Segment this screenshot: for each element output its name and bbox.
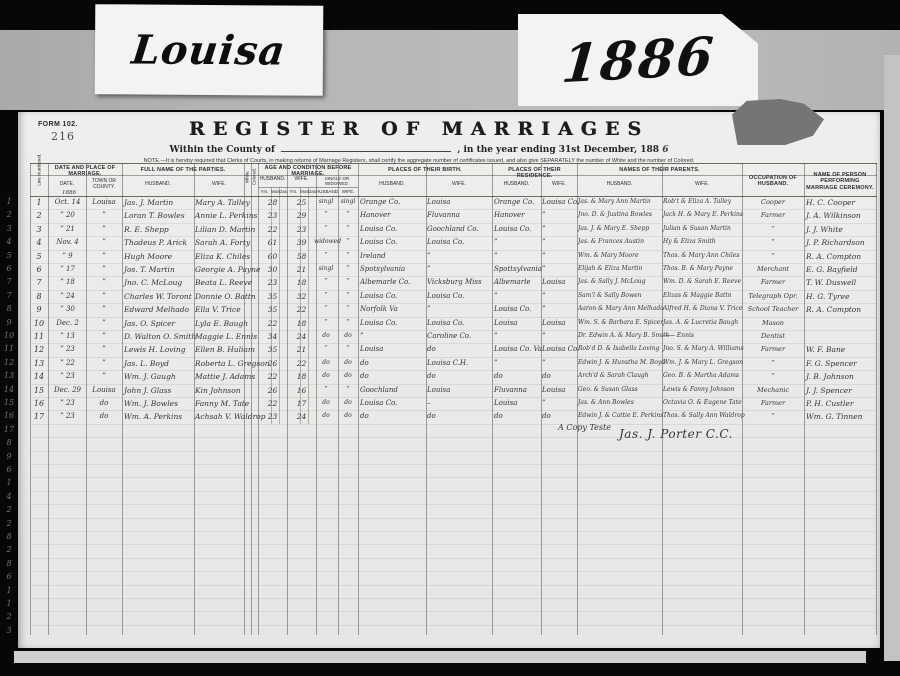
grid-line [30, 250, 877, 251]
cell-cond_w: do [338, 332, 358, 339]
cell-age_h: 22 [258, 319, 287, 328]
cell-date: ” 23 [49, 345, 86, 353]
cell-date: ” 20 [49, 211, 86, 219]
margin-number: 7 [2, 277, 16, 286]
cell-cond_h: ” [314, 386, 338, 393]
margin-number: 1 [2, 478, 16, 487]
cell-wife: Fanny M. Tate [195, 399, 245, 408]
cell-no: 4 [30, 238, 48, 247]
cell-occ: ” [742, 238, 804, 246]
cell-cond_h: singl [314, 198, 338, 205]
cell-birth_w: Louisa Co. [427, 292, 493, 300]
header-wife-name: WIFE. [194, 182, 244, 188]
cell-wife: Ellen B. Huliam [195, 345, 245, 354]
grid-line [30, 464, 877, 465]
cell-res_w: do [542, 372, 578, 380]
cell-cel: R. A. Compton [806, 305, 876, 314]
cell-husband: Jno. C. McLoug [124, 278, 196, 287]
grid-line [30, 611, 877, 612]
cell-res_h: Louisa Co. [494, 225, 543, 233]
cell-date: ” 24 [49, 292, 86, 300]
cell-husband: Thadeus P. Arick [124, 238, 196, 247]
cell-town: ” [86, 345, 122, 353]
cell-res_h: Spottsylvania [494, 265, 543, 273]
grid-line [30, 571, 877, 572]
cell-occ: Telegraph Opr. [742, 292, 804, 300]
cell-par_h: Arch'd & Sarah Claugh [578, 372, 663, 379]
cell-date: Dec. 29 [49, 386, 86, 394]
cell-res_w: ” [542, 238, 578, 246]
cell-cond_w: do [338, 399, 358, 406]
cell-occ: Cooper [742, 198, 804, 206]
cell-age_w: 16 [287, 386, 316, 395]
cell-age_h: 26 [258, 386, 287, 395]
cell-par_h: Jas. & Ann Bowles [578, 399, 663, 406]
cell-town: ” [86, 319, 122, 327]
cell-no: 2 [30, 211, 48, 220]
cell-date: ” 23 [49, 399, 86, 407]
cell-age_w: 24 [287, 332, 316, 341]
cell-birth_h: Louisa Co. [360, 319, 428, 327]
county-blank-line [281, 143, 451, 152]
cell-town: Louisa [86, 198, 122, 206]
cell-no: 1 [30, 198, 48, 207]
cell-no: 14 [30, 372, 48, 381]
grid-line [30, 384, 877, 385]
cell-birth_w: do [427, 372, 493, 380]
cell-age_w: 25 [287, 198, 316, 207]
cell-wife: Annie L. Perkins [195, 211, 245, 220]
cell-no: 13 [30, 359, 48, 368]
scanned-register-screen: { "labels": { "county": "Louisa", "year"… [0, 0, 900, 676]
margin-number: 2 [2, 519, 16, 528]
grid-line [251, 163, 252, 635]
cell-res_h: do [494, 372, 543, 380]
cell-birth_h: Albemarle Co. [360, 278, 428, 286]
grid-line [30, 263, 877, 264]
cell-birth_h: Hanover [360, 211, 428, 219]
cell-cond_h: ” [314, 292, 338, 299]
cell-occ: ” [742, 252, 804, 260]
cell-town: ” [86, 332, 122, 340]
cell-res_w: Louisa [542, 278, 578, 286]
grid-line [30, 437, 877, 438]
cell-cond_w: ” [338, 238, 358, 245]
cell-cel: R. A. Compton [806, 252, 876, 261]
header-das-w: Das. [308, 189, 316, 194]
cell-birth_h: Louisa Co. [360, 292, 428, 300]
cell-birth_h: Goochland [360, 386, 428, 394]
cell-occ: Farmer [742, 278, 804, 286]
cell-par_w: Thos. B. & Mary Payne [663, 265, 743, 272]
grid-line [30, 531, 877, 532]
cell-par_w: Geo. B. & Martha Adams [663, 372, 743, 379]
cell-age_h: 22 [258, 225, 287, 234]
cell-occ: Merchant [742, 265, 804, 273]
header-age-wife: WIFE. [287, 177, 316, 183]
cell-wife: Eliza K. Chiles [195, 252, 245, 261]
cell-birth_w: Goochland Co. [427, 225, 493, 233]
cell-cond_h: singl [314, 265, 338, 272]
cell-res_w: ” [542, 292, 578, 300]
cell-par_w: Jas. A. & Lucretia Baugh [663, 319, 743, 326]
grid-line [30, 424, 877, 425]
header-white: White. [244, 164, 249, 190]
cell-age_w: 18 [287, 278, 316, 287]
cell-cel: H. G. Tyree [806, 292, 876, 301]
cell-res_h: Louisa [494, 319, 543, 327]
cell-date: ” 17 [49, 265, 86, 273]
cell-cel: E. G. Bayfield [806, 265, 876, 274]
cell-birth_w: ” [427, 305, 493, 313]
margin-number: 2 [2, 505, 16, 514]
margin-number: 9 [2, 452, 16, 461]
cell-age_h: 30 [258, 265, 287, 274]
header-birth-wife: WIFE. [426, 182, 492, 188]
cell-occ: Mason [742, 319, 804, 327]
margin-number: 11 [2, 344, 16, 353]
cell-age_h: 28 [258, 198, 287, 207]
cell-age_w: 58 [287, 252, 316, 261]
cell-town: ” [86, 211, 122, 219]
cell-age_w: 21 [287, 345, 316, 354]
cell-age_w: 22 [287, 305, 316, 314]
cell-occ: ” [742, 412, 804, 420]
county-label-card: Louisa [95, 4, 324, 96]
cell-par_w: Thos. & Sally Ann Waldrop [663, 412, 743, 419]
cell-cond_w: ” [338, 252, 358, 259]
cell-no: 10 [30, 319, 48, 328]
page-title: REGISTER OF MARRIAGES [18, 118, 820, 140]
grid-line [30, 451, 877, 452]
cell-res_w: ” [542, 265, 578, 273]
cell-husband: Wm. A. Perkins [124, 412, 196, 421]
cell-birth_w: Louisa Co. [427, 238, 493, 246]
header-parents-wife: WIFE. [662, 182, 742, 188]
cell-wife: Sarah A. Forty [195, 238, 245, 247]
cell-date: ” 22 [49, 359, 86, 367]
cell-par_w: Wm. D. & Sarah E. Reeve [663, 278, 743, 285]
cell-res_w: ” [542, 359, 578, 367]
cell-res_h: ” [494, 332, 543, 340]
grid-line [30, 585, 877, 586]
year-label: 1886 [559, 25, 717, 94]
cell-wife: Achsah V. Waldrop [195, 412, 245, 421]
cell-age_h: 34 [258, 332, 287, 341]
cell-wife: Donnie O. Battn [195, 292, 245, 301]
grid-line [30, 236, 877, 237]
margin-number: 17 [2, 425, 16, 434]
cell-cond_h: ” [314, 225, 338, 232]
cell-birth_w: Caroline Co. [427, 332, 493, 340]
cell-par_w: Octavia O. & Eugene Tate [663, 399, 743, 406]
cell-age_h: 35 [258, 305, 287, 314]
cell-res_h: Fluvanna [494, 386, 543, 394]
cell-town: ” [86, 359, 122, 367]
cell-husband: Charles W. Toront [124, 292, 196, 301]
cell-par_h: Aaron & Mary Ann Melhado [578, 305, 663, 312]
cell-res_w: Louisa [542, 386, 578, 394]
cell-occ: Mechanic [742, 386, 804, 394]
margin-number: 12 [2, 358, 16, 367]
cell-par_w: Rob't & Eliza A. Talley [663, 198, 743, 205]
cell-par_h: Dr. Edwin A. & Mary B. Smith [578, 332, 663, 339]
grid-line [30, 558, 877, 559]
cell-cond_w: ” [338, 265, 358, 272]
grid-line [804, 163, 805, 635]
header-parents-group: NAMES OF THEIR PARENTS. [577, 167, 742, 173]
cell-par_w: Hy & Eliza Smith [663, 238, 743, 245]
cell-age_h: 22 [258, 399, 287, 408]
cell-husband: Wm. J. Gaugh [124, 372, 196, 381]
cell-birth_h: do [360, 372, 428, 380]
cell-age_h: 61 [258, 238, 287, 247]
cell-age_w: 24 [287, 412, 316, 421]
cell-husband: Wm. J. Bowles [124, 399, 196, 408]
cell-birth_h: Orange Co. [360, 198, 428, 206]
cell-par_h: Jas. & Sally J. McLoug [578, 278, 663, 285]
cell-par_w: Alfred H. & Diana V. Trice [663, 305, 743, 312]
cell-town: ” [86, 372, 122, 380]
clerk-signature: Jas. J. Porter C.C. [619, 427, 733, 441]
cell-occ: Farmer [742, 399, 804, 407]
cell-par_w: Elizas & Maggie Battn [663, 292, 743, 299]
cell-par_h: Elijah & Eliza Martin [578, 265, 663, 272]
subtitle-line: Within the County of , in the year endin… [18, 143, 820, 155]
cell-wife: Maggie L. Ennis [195, 332, 245, 341]
cell-birth_w: Louisa C.H. [427, 359, 493, 367]
cell-no: 11 [30, 332, 48, 341]
cell-no: 6 [30, 265, 48, 274]
cell-cond_w: ” [338, 319, 358, 326]
cell-par_w: Julian & Susan Martin [663, 225, 743, 232]
cell-par_h: Wm. S. & Barbara E. Spicer [578, 319, 663, 326]
header-residence-group: PLACES OF THEIR RESIDENCE. [492, 167, 577, 180]
cell-no: 8 [30, 292, 48, 301]
cell-par_h: Jno. D. & Justina Bowles [578, 211, 663, 218]
cell-town: ” [86, 225, 122, 233]
cell-res_h: do [494, 412, 543, 420]
margin-number: 3 [2, 224, 16, 233]
cell-husband: John J. Glass [124, 386, 196, 395]
cell-cond_h: ” [314, 278, 338, 285]
cell-husband: Jas. L. Boyd [124, 359, 196, 368]
cell-cel: P. H. Custler [806, 399, 876, 408]
cell-husband: Lewis H. Loving [124, 345, 196, 354]
cell-cond_h: ” [314, 211, 338, 218]
cell-res_w: do [542, 412, 578, 420]
cell-date: ” 9 [49, 252, 86, 260]
cell-date: ” 23 [49, 372, 86, 380]
cell-age_h: 23 [258, 278, 287, 287]
cell-age_w: 18 [287, 372, 316, 381]
header-birth-group: PLACES OF THEIR BIRTH. [358, 167, 492, 173]
grid-line [30, 317, 877, 318]
cell-birth_h: Louisa Co. [360, 399, 428, 407]
cell-cond_h: do [314, 332, 338, 339]
cell-res_w: ” [542, 332, 578, 340]
cell-wife: Georgie A. Payne [195, 265, 245, 274]
cell-town: do [86, 412, 122, 420]
cell-birth_h: Ireland [360, 252, 428, 260]
cell-cel: H. C. Cooper [806, 198, 876, 207]
cell-res_w: Louisa Co. [542, 345, 578, 353]
cell-cond_h: do [314, 372, 338, 379]
cell-occ: School Teacher [742, 305, 804, 313]
margin-number: 5 [2, 251, 16, 260]
grid-line [30, 276, 877, 277]
header-res-wife: WIFE. [541, 182, 577, 188]
cell-birth_w: do [427, 345, 493, 353]
cell-birth_h: Louisa Co. [360, 225, 428, 233]
header-date: DATE. [48, 182, 86, 188]
cell-age_w: 32 [287, 292, 316, 301]
cell-res_h: Albemarle [494, 278, 543, 286]
header-town: TOWN OR COUNTY. [86, 179, 122, 191]
grid-line [30, 410, 877, 411]
cell-occ: Farmer [742, 211, 804, 219]
grid-line [30, 343, 877, 344]
cell-no: 5 [30, 252, 48, 261]
grid-line [30, 175, 877, 176]
cell-cond_h: widowed [314, 238, 338, 245]
cell-res_w: ” [542, 225, 578, 233]
cell-wife: Lilian D. Martin [195, 225, 245, 234]
cell-no: 7 [30, 278, 48, 287]
cell-cond_w: do [338, 372, 358, 379]
cell-husband: Jos. T. Martin [124, 265, 196, 274]
cell-occ: ” [742, 372, 804, 380]
cell-cond_w: ” [338, 345, 358, 352]
cell-birth_h: Spotsylvania [360, 265, 428, 273]
cell-no: 9 [30, 305, 48, 314]
cell-cond_w: do [338, 412, 358, 419]
margin-number: 14 [2, 385, 16, 394]
header-colored: Colored. [251, 164, 256, 190]
header-single-widowed: SINGLE OR WIDOWED. [316, 176, 358, 186]
cell-wife: Mary A. Talley [195, 198, 245, 207]
cell-res_h: ” [494, 359, 543, 367]
header-mos-w: Mos. [300, 189, 308, 194]
cell-age_h: 23 [258, 211, 287, 220]
cell-birth_h: do [360, 359, 428, 367]
grid-line [30, 504, 877, 505]
margin-number: 8 [2, 304, 16, 313]
subtitle-prefix: Within the County of [170, 145, 275, 155]
cell-date: ” 30 [49, 305, 86, 313]
cell-town: Louisa [86, 386, 122, 394]
cell-birth_w: ” [427, 252, 493, 260]
cell-res_h: Orange Co. [494, 198, 543, 206]
cell-birth_w: Louisa [427, 386, 493, 394]
grid-line [30, 518, 877, 519]
cell-cond_w: ” [338, 292, 358, 299]
cell-age_h: 22 [258, 372, 287, 381]
subtitle-suffix: , in the year ending 31st December, 188 [457, 145, 659, 155]
grid-line [30, 397, 877, 398]
cell-age_h: 35 [258, 345, 287, 354]
cell-res_w: Louisa Co. [542, 198, 578, 206]
cell-birth_h: do [360, 412, 428, 420]
header-parents-husband: HUSBAND. [577, 182, 662, 188]
cell-par_w: Thos. & Mary Ann Chiles [663, 252, 743, 259]
cell-town: ” [86, 265, 122, 273]
cell-year-note: 1886 [52, 190, 86, 196]
cell-birth_w: – [427, 399, 493, 407]
grid-line [30, 209, 877, 210]
cell-cel: T. W. Duswell [806, 278, 876, 287]
cell-res_w: Louisa [542, 319, 578, 327]
header-age-husband: HUSBAND. [258, 177, 287, 183]
cell-cond_h: ” [314, 345, 338, 352]
margin-number: 8 [2, 559, 16, 568]
cell-age_h: 60 [258, 252, 287, 261]
margin-number: 2 [2, 210, 16, 219]
grid-line [30, 290, 877, 291]
next-page-edge [14, 651, 866, 663]
header-res-husband: HUSBAND. [492, 182, 541, 188]
cell-cond_h: ” [314, 305, 338, 312]
cell-birth_w: Louisa Co. [427, 319, 493, 327]
cell-cond_w: singl [338, 198, 358, 205]
cell-date: ” 21 [49, 225, 86, 233]
cell-date: Oct. 14 [49, 198, 86, 206]
cell-birth_w: Vicksburg Miss [427, 278, 493, 286]
margin-number: 1 [2, 599, 16, 608]
cell-wife: Roberta L. Gregson [195, 359, 245, 368]
cell-cond_w: ” [338, 225, 358, 232]
cell-res_w: ” [542, 252, 578, 260]
cell-res_h: Louisa Co. Va [494, 345, 543, 353]
cell-date: ” 18 [49, 278, 86, 286]
cell-res_h: Hanover [494, 211, 543, 219]
cell-birth_h: Louisa Co. [360, 238, 428, 246]
cell-wife: Beata L. Reeve [195, 278, 245, 287]
cell-wife: Lyla E. Baugh [195, 319, 245, 328]
margin-number: 13 [2, 371, 16, 380]
grid-line [30, 370, 877, 371]
cell-birth_w: Louisa [427, 198, 493, 206]
cell-cel: J. J. Spencer [806, 386, 876, 395]
backing-paper-right-edge [884, 55, 900, 661]
cell-cond_h: do [314, 412, 338, 419]
cell-husband: Hugh Moore [124, 252, 196, 261]
cell-par_w: Jno. S. & Mary A. Williams [663, 345, 743, 352]
cell-cond_h: ” [314, 319, 338, 326]
cell-husband: Edward Melhado [124, 305, 196, 314]
cell-par_h: Sam'l & Sally Bowen [578, 292, 663, 299]
grid-line [30, 357, 877, 358]
register-page: FORM 102. 216 REGISTER OF MARRIAGES With… [18, 112, 880, 648]
cell-cel: F. G. Spencer [806, 359, 876, 368]
margin-number: 6 [2, 572, 16, 581]
cell-res_h: Louisa Co. [494, 305, 543, 313]
cell-no: 15 [30, 386, 48, 395]
cell-cond_w: ” [338, 305, 358, 312]
cell-town: ” [86, 292, 122, 300]
cell-date: ” 23 [49, 412, 86, 420]
cell-husband: R. E. Shepp [124, 225, 196, 234]
margin-number: 4 [2, 492, 16, 501]
cell-cond_h: do [314, 399, 338, 406]
cell-birth_h: Norfolk Va [360, 305, 428, 313]
cell-age_h: 23 [258, 412, 287, 421]
cell-res_h: ” [494, 252, 543, 260]
margin-number: 2 [2, 612, 16, 621]
cell-town: ” [86, 305, 122, 313]
cell-cond_h: do [314, 359, 338, 366]
subtitle-year-digit: 6 [662, 145, 668, 155]
